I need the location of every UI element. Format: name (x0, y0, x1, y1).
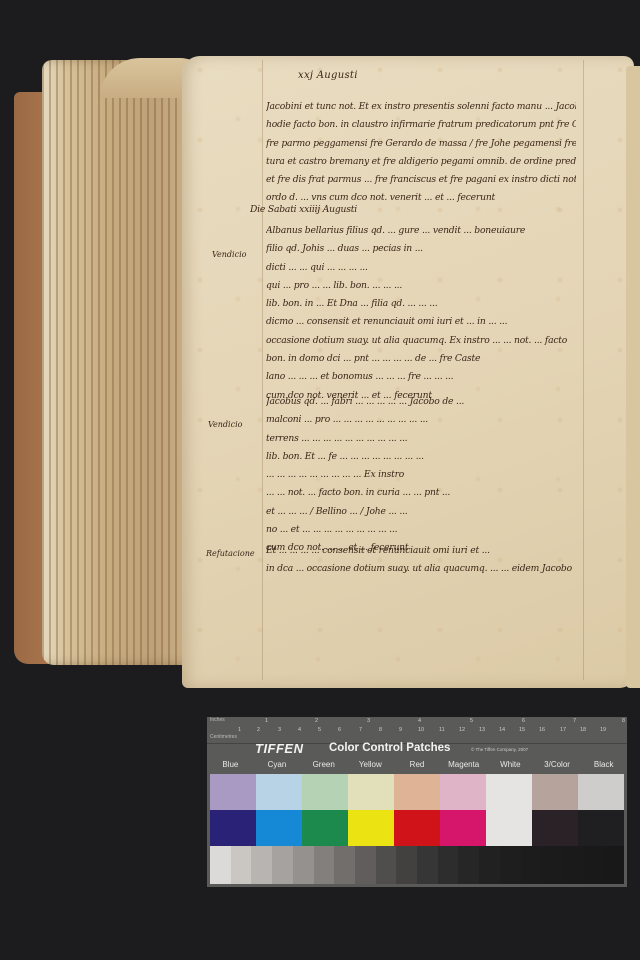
page-heading: xxj Augusti (298, 70, 358, 81)
gray-step (458, 846, 479, 884)
gray-step (500, 846, 521, 884)
measurement-ruler: Inches Centimetres 1 2 3 4 5 6 7 8 1 2 3… (207, 717, 627, 744)
cm-mark: 14 (499, 727, 505, 733)
patch-blue-pastel (210, 774, 256, 810)
text-line: lib. bon. in ... Et Dna ... filia qd. ..… (266, 295, 576, 313)
patch-black-pastel (578, 774, 624, 810)
cm-mark: 2 (257, 727, 260, 733)
patch-green-saturated (302, 810, 348, 846)
cm-mark: 3 (278, 727, 281, 733)
inch-mark: 1 (265, 718, 268, 724)
gray-step (521, 846, 542, 884)
text-line: filio qd. Johis ... duas ... pecias in .… (266, 240, 576, 258)
text-line: fre parmo peggamensi fre Gerardo de mass… (266, 135, 576, 153)
gray-step (583, 846, 604, 884)
cm-mark: 6 (338, 727, 341, 733)
text-line: et fre dis frat parmus ... fre franciscu… (266, 171, 576, 189)
cm-mark: 4 (298, 727, 301, 733)
cm-mark: 16 (539, 727, 545, 733)
patch-labels: Blue Cyan Green Yellow Red Magenta White… (207, 760, 627, 772)
patch-label-red: Red (394, 760, 441, 772)
patch-red-saturated (394, 810, 440, 846)
gray-step (293, 846, 314, 884)
gray-step (334, 846, 355, 884)
patch-label-yellow: Yellow (347, 760, 394, 772)
text-line: Jacobini et tunc not. Et ex instro prese… (266, 98, 576, 116)
patch-label-black: Black (580, 760, 627, 772)
text-line: malconi ... pro ... ... ... ... ... ... … (266, 411, 576, 429)
text-line: terrens ... ... ... ... ... ... ... ... … (266, 430, 576, 448)
cm-mark: 12 (459, 727, 465, 733)
centimetres-label: Centimetres (210, 734, 237, 740)
patch-black-saturated (578, 810, 624, 846)
cm-mark: 19 (600, 727, 606, 733)
margin-note-refutacione: Refutacione (206, 549, 255, 558)
patch-cyan-pastel (256, 774, 302, 810)
text-line: Die Sabati xxiiij Augusti (250, 201, 560, 219)
cm-mark: 18 (580, 727, 586, 733)
inch-mark: 6 (522, 718, 525, 724)
text-line: Jacobus qd. ... fabri ... ... ... ... ..… (266, 393, 576, 411)
patch-label-blue: Blue (207, 760, 254, 772)
text-line: tura et castro bremany et fre aldigerio … (266, 153, 576, 171)
text-line: dicti ... ... qui ... ... ... ... (266, 259, 576, 277)
tiffen-logo: TIFFEN (255, 741, 304, 756)
adjacent-page-edge (626, 66, 640, 688)
gray-step (479, 846, 500, 884)
cm-mark: 17 (560, 727, 566, 733)
patch-cyan-saturated (256, 810, 302, 846)
text-line: ... ... ... ... ... ... ... ... ... Ex i… (266, 466, 576, 484)
patch-label-green: Green (300, 760, 347, 772)
patch-red-pastel (394, 774, 440, 810)
text-line: hodie facto bon. in claustro infirmarie … (266, 116, 576, 134)
patch-3color-saturated (532, 810, 578, 846)
patch-label-cyan: Cyan (254, 760, 301, 772)
inch-mark: 8 (622, 718, 625, 724)
copyright-text: © The Tiffen Company, 2007 (471, 747, 528, 752)
text-line: lano ... ... ... et bonomus ... ... ... … (266, 368, 576, 386)
right-ruling-line (583, 60, 584, 680)
cm-mark: 11 (439, 727, 445, 733)
cm-mark: 5 (318, 727, 321, 733)
left-ruling-line (262, 60, 263, 680)
color-patch-grid (210, 774, 624, 846)
cm-mark: 1 (238, 727, 241, 733)
inches-label: Inches (210, 717, 225, 723)
patch-green-pastel (302, 774, 348, 810)
text-line: ... ... not. ... facto bon. in curia ...… (266, 484, 576, 502)
text-line: bon. in domo dci ... pnt ... ... ... ...… (266, 350, 576, 368)
text-line: Et ... ... ... ... consensit et renuncia… (266, 542, 576, 560)
patch-blue-saturated (210, 810, 256, 846)
paragraph-4: Et ... ... ... ... consensit et renuncia… (266, 542, 576, 579)
book-fore-edge (42, 60, 202, 665)
patch-3color-pastel (532, 774, 578, 810)
patch-label-3color: 3/Color (534, 760, 581, 772)
patch-label-magenta: Magenta (440, 760, 487, 772)
gray-step (314, 846, 335, 884)
text-line: in dca ... occasione dotium suay. ut ali… (266, 560, 576, 578)
inch-mark: 7 (573, 718, 576, 724)
gray-step (603, 846, 624, 884)
cm-mark: 7 (359, 727, 362, 733)
gray-step (541, 846, 562, 884)
inch-mark: 2 (315, 718, 318, 724)
patch-yellow-saturated (348, 810, 394, 846)
paragraph-1: Jacobini et tunc not. Et ex instro prese… (266, 98, 576, 208)
cm-mark: 13 (479, 727, 485, 733)
chart-title: Color Control Patches (329, 742, 450, 754)
tiffen-color-chart: Inches Centimetres 1 2 3 4 5 6 7 8 1 2 3… (207, 717, 627, 887)
text-line: no ... et ... ... ... ... ... ... ... ..… (266, 521, 576, 539)
gray-step (417, 846, 438, 884)
gray-step (396, 846, 417, 884)
patch-label-white: White (487, 760, 534, 772)
gray-step (231, 846, 252, 884)
gray-step (376, 846, 397, 884)
gray-step (438, 846, 459, 884)
text-line: Albanus bellarius filius qd. ... gure ..… (266, 222, 576, 240)
paragraph-3: Jacobus qd. ... fabri ... ... ... ... ..… (266, 393, 576, 558)
gray-step (272, 846, 293, 884)
cm-mark: 10 (418, 727, 424, 733)
gray-step (562, 846, 583, 884)
text-line: qui ... pro ... ... lib. bon. ... ... ..… (266, 277, 576, 295)
gray-step (210, 846, 231, 884)
text-line: occasione dotium suay. ut alia quacumq. … (266, 332, 576, 350)
text-line: et ... ... ... / Bellino ... / Johe ... … (266, 503, 576, 521)
inch-mark: 5 (470, 718, 473, 724)
patch-white (486, 774, 532, 846)
margin-note-vendicio-1: Vendicio (212, 250, 246, 259)
inch-mark: 3 (367, 718, 370, 724)
gray-step (251, 846, 272, 884)
patch-yellow-pastel (348, 774, 394, 810)
text-line: lib. bon. Et ... fe ... ... ... ... ... … (266, 448, 576, 466)
cm-mark: 15 (519, 727, 525, 733)
inch-mark: 4 (418, 718, 421, 724)
patch-magenta-saturated (440, 810, 486, 846)
patch-magenta-pastel (440, 774, 486, 810)
date-line: Die Sabati xxiiij Augusti (250, 201, 560, 219)
cm-mark: 8 (379, 727, 382, 733)
margin-note-vendicio-2: Vendicio (208, 420, 242, 429)
gray-step (355, 846, 376, 884)
paragraph-2: Albanus bellarius filius qd. ... gure ..… (266, 222, 576, 405)
cm-mark: 9 (399, 727, 402, 733)
text-line: dicmo ... consensit et renunciauit omi i… (266, 313, 576, 331)
gray-scale-strip (210, 846, 624, 884)
